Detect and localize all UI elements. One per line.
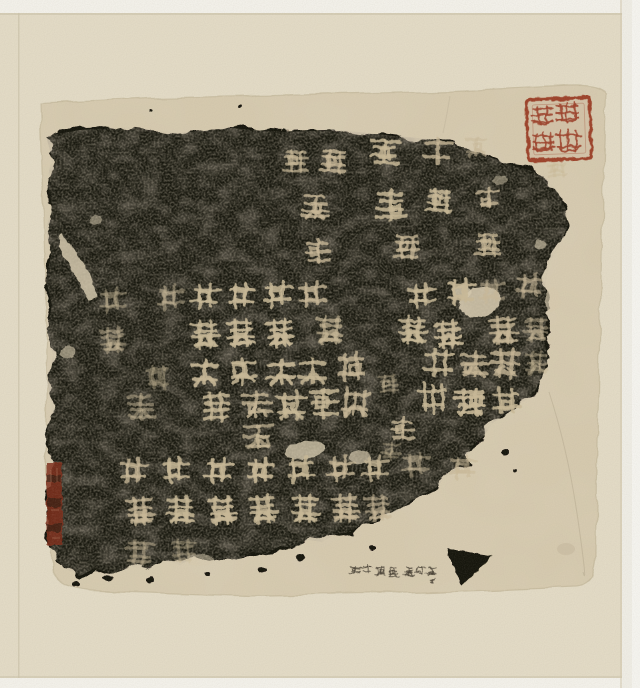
seal-ink-fleck xyxy=(531,158,536,162)
glyph xyxy=(460,351,489,377)
sheet-smudge xyxy=(557,543,575,555)
mount-fold-line xyxy=(18,13,20,678)
seal-glyph xyxy=(533,133,554,151)
glyph xyxy=(526,352,547,374)
top-right-collector-seal xyxy=(526,97,591,160)
artwork-photo xyxy=(0,0,640,688)
seal-glyph xyxy=(557,102,579,124)
left-collector-seal xyxy=(47,463,63,545)
